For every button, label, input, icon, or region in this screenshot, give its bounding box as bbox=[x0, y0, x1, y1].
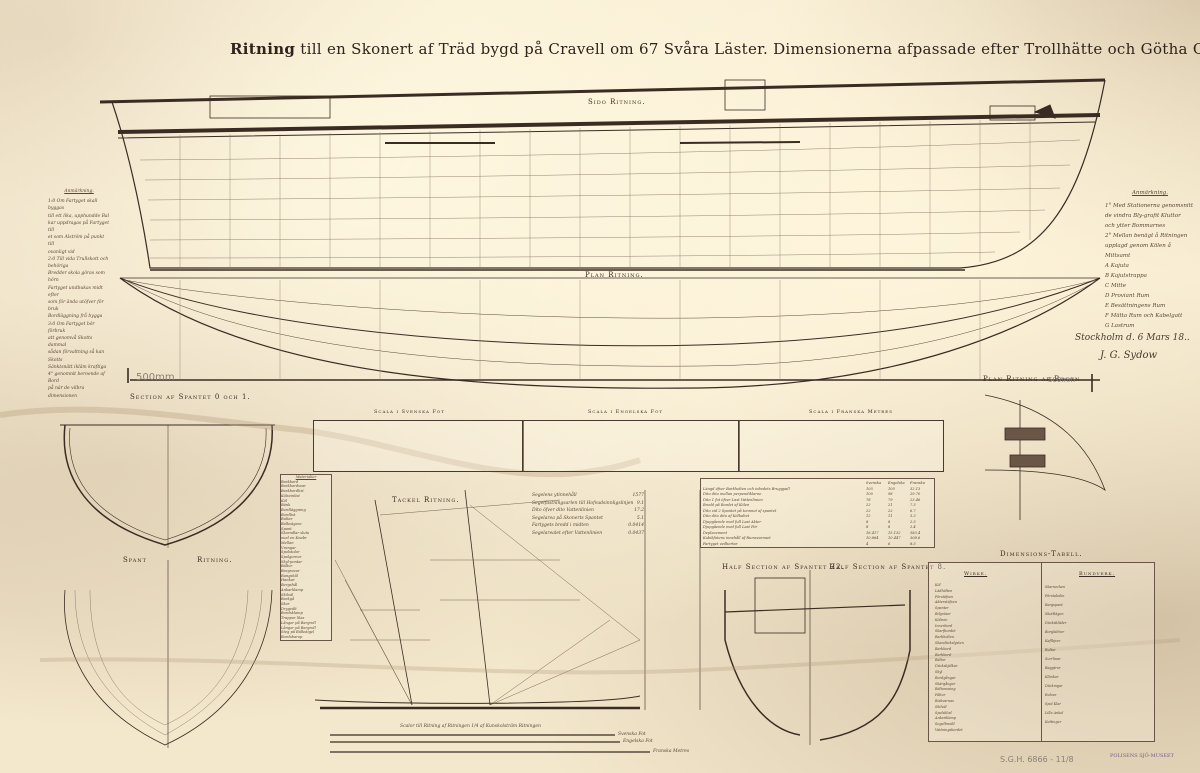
label-frame-left: Spant bbox=[123, 556, 147, 564]
label-frame-right: Ritning. bbox=[197, 556, 233, 564]
notes-left: Anmärkning. 1:0 Om Fartyget skall byggas… bbox=[48, 188, 110, 400]
notes-right: Anmärkning. 1° Med Stationerna genomsnit… bbox=[1105, 188, 1195, 331]
dimension-right-items: SkarneckenFörstakolin BargspantSkottläge… bbox=[1045, 583, 1149, 727]
dimension-table: Wirke. Bundverk. KölLädhälten Förstäfven… bbox=[928, 562, 1155, 742]
scale-bar-label: Franska Metres bbox=[653, 748, 689, 756]
dimension-left-header: Wirke. bbox=[964, 571, 987, 577]
spec-row: Dito öfver dito Vattenlinien17.2 bbox=[532, 507, 644, 515]
dimension-left-items: KölLädhälten FörstäfvenAkterstäfven Span… bbox=[935, 583, 1039, 734]
signature-place-date: Stockholm d. 6 Mars 18.. bbox=[1075, 333, 1190, 343]
label-half-section-1: Half Section af Spantet 22. bbox=[722, 563, 845, 571]
materials-list: Materialier BarkbordBarkbordsvar Barkbor… bbox=[280, 474, 332, 641]
label-side-view: Sido Ritning. bbox=[588, 98, 646, 106]
pencil-note-left: 500mm bbox=[136, 372, 175, 383]
label-section-frame: Section af Spantet 0 och 1. bbox=[130, 393, 251, 401]
label-plan-view: Plan Ritning. bbox=[585, 271, 644, 279]
signature-name: J. G. Sydow bbox=[1100, 350, 1157, 361]
spec-row: Segelarea på Skonerts Spantet5.1 bbox=[532, 515, 644, 523]
spec-row: Segelens ytinnehåll1577 bbox=[532, 492, 644, 500]
scale-label: Scala i Engelska Fot bbox=[588, 409, 663, 415]
spec-row: Segelfästningsarlen till Hofvudsinnligsl… bbox=[532, 500, 644, 508]
label-rigging: Tackel Ritning. bbox=[392, 496, 460, 504]
scale-label: Scala i Franska Metres bbox=[809, 409, 893, 415]
scale-french-metres: Scala i Franska Metres bbox=[738, 420, 944, 472]
scale-english-feet: Scala i Engelska Fot bbox=[522, 420, 740, 472]
table-row: Fartyget vedbertar468.5 bbox=[703, 542, 932, 548]
label-dimension-table: Dimensions-Tabell. bbox=[1000, 550, 1083, 558]
spec-row: Segelarealet efter Vattenlinien0.0437 bbox=[532, 530, 644, 538]
spec-row: Fartygets bredd i midten0.0414 bbox=[532, 522, 644, 530]
scale-swedish-feet: Scala i Svenska Fot bbox=[313, 420, 524, 472]
rigging-specs: Segelens ytinnehåll1577 Segelfästningsar… bbox=[532, 492, 644, 538]
scale-label: Scala i Svenska Fot bbox=[374, 409, 445, 415]
pencil-note-right: 500mm bbox=[1048, 376, 1075, 384]
scale-bars-caption: Scalor till Ritning af Ritningen 1/4 af … bbox=[400, 723, 541, 731]
museum-stamp: POLISENS SJÖ-MUSEET bbox=[1110, 753, 1174, 759]
dimension-right-header: Bundverk. bbox=[1079, 571, 1115, 577]
scale-bar-label: Engelska Fot bbox=[623, 738, 653, 746]
tonnage-table: SvenskaEngelskaFranska Längd öfver Barkh… bbox=[700, 478, 935, 548]
catalog-number: S.G.H. 6866 - 11/8 bbox=[1000, 755, 1074, 764]
